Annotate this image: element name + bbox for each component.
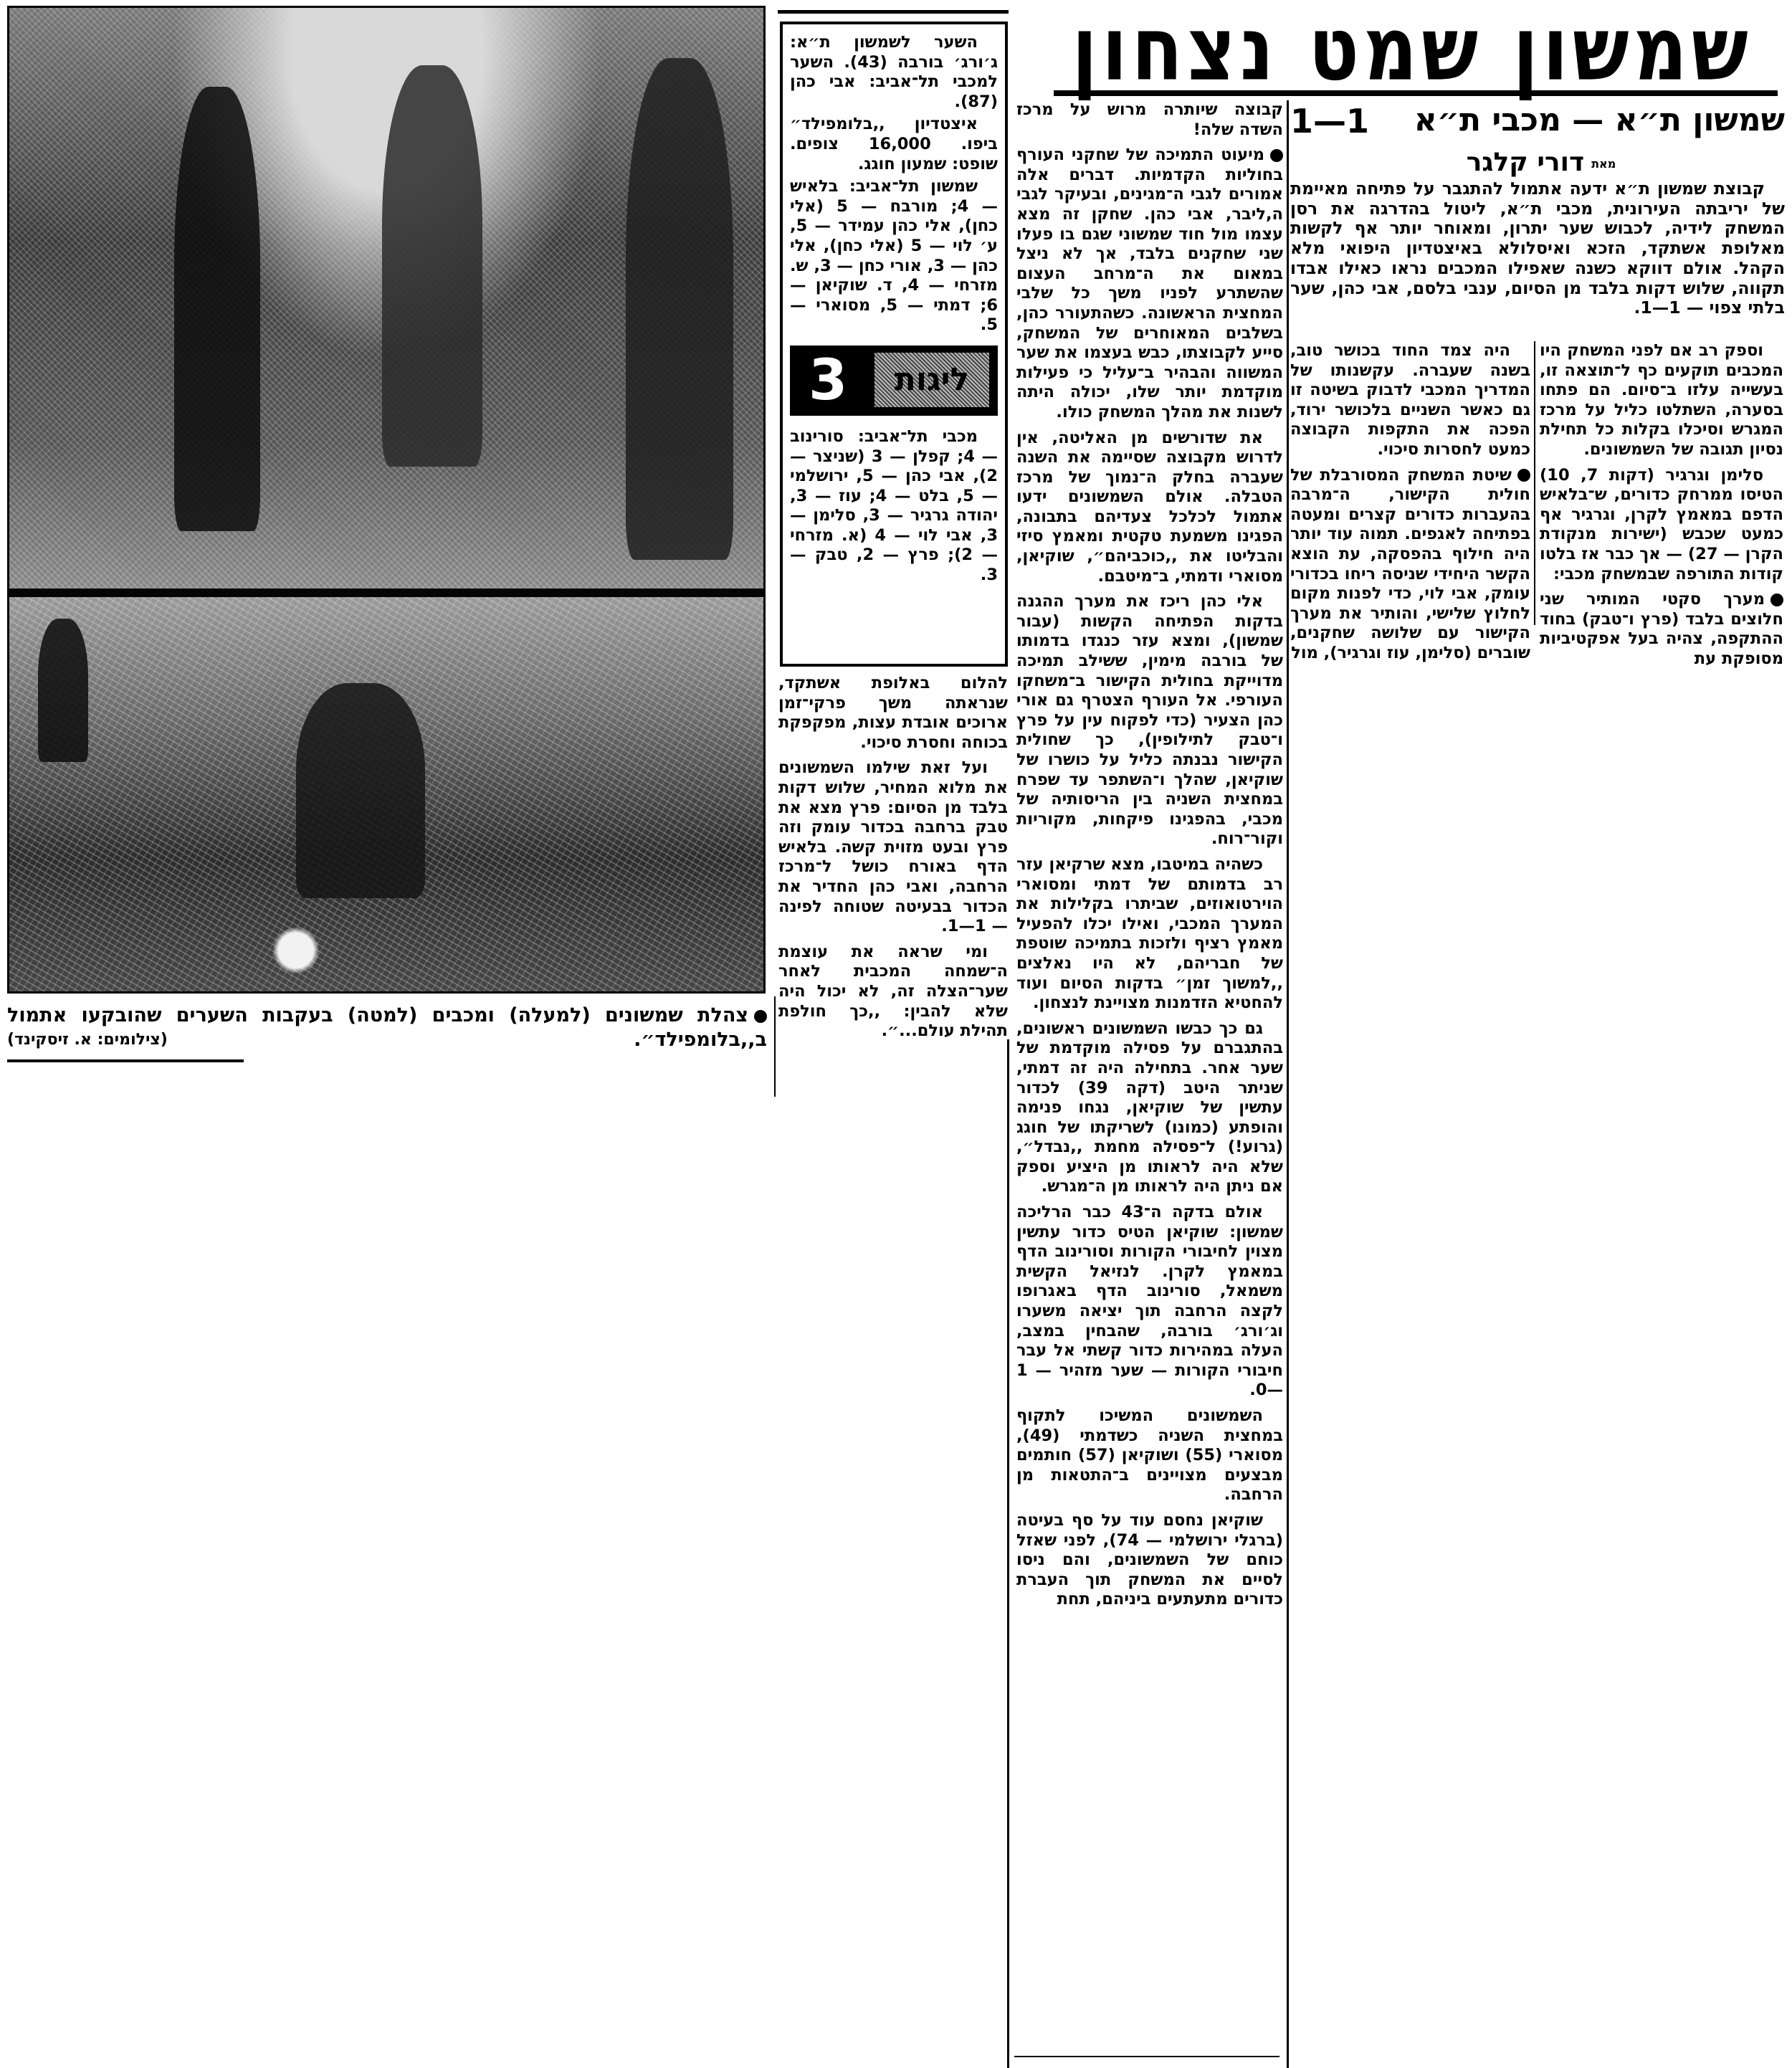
lineup-top-rule — [778, 10, 1009, 14]
article-column-right-2: היה צמד החוד בכושר טוב, בשנה שעברה. עקשנ… — [1290, 341, 1530, 670]
paragraph: וספק רב אם לפני המשחק היו המכבים תוקעים … — [1540, 341, 1783, 460]
lead-paragraph: קבוצת שמשון ת״א ידעה אתמול להתגבר על פתי… — [1290, 179, 1785, 318]
lineup-text: השער לשמשון ת״א: ג׳ורג׳ בורבה (43). השער… — [790, 33, 998, 335]
photo-divider — [9, 589, 763, 597]
paragraph: שוקיאן נחסם עוד על סף בעיטה (ברגלי ירושל… — [1016, 1511, 1283, 1610]
paragraph: אולם בדקה ה־43 כבר הרליכה שמשון: שוקיאן … — [1016, 1203, 1283, 1401]
bullet-icon — [754, 1010, 767, 1023]
paragraph: כשהיה במיטבו, מצא שרקיאן עזר רב בדמותם ש… — [1016, 855, 1283, 1014]
maccabi-lineup-wrap: מכבי תל־אביב: סורינוב — 4; קפלן — 3 (שני… — [790, 427, 998, 586]
article-column-right-1: וספק רב אם לפני המשחק היו המכבים תוקעים … — [1540, 341, 1783, 675]
bullet-paragraph: מיעוט התמיכה של שחקני העורף בחוליות הקדמ… — [1016, 146, 1283, 422]
column-rule — [774, 996, 776, 1097]
paragraph: סלימן וגרגיר (דקות 7, 10) הטיסו ממרחק כד… — [1540, 466, 1783, 585]
headline-rule — [1054, 90, 1778, 96]
article-column-left: להלום באלופת אשתקד, שנראתה משך פרקי־זמן … — [778, 674, 1008, 1047]
league-logo: 3 ליגות — [790, 346, 998, 416]
league-logo-word: ליגות — [874, 353, 989, 407]
venue-paragraph: איצטדיון ,,בלומפילד״ ביפו. 16,000 צופים.… — [790, 115, 998, 174]
headline: שמשון שמט נצחון — [1043, 1, 1781, 96]
caption-rule — [7, 1059, 244, 1062]
column-rule — [1007, 1039, 1009, 2068]
paragraph: להלום באלופת אשתקד, שנראתה משך פרקי־זמן … — [778, 674, 1008, 753]
column-bottom-rule — [1014, 2056, 1279, 2057]
byline-prefix: מאת — [1591, 157, 1616, 171]
paragraph: גם כך כבשו השמשונים ראשונים, בהתגברם על … — [1016, 1019, 1283, 1197]
paragraph: את שדורשים מן האליטה, אין לדרוש מקבוצה ש… — [1016, 429, 1283, 587]
shimshon-lineup: שמשון תל־אביב: בלאיש — 4; מורבח — 5 (אלי… — [790, 177, 998, 335]
byline: מאתדורי קלגר — [1426, 148, 1656, 177]
photo-caption: צהלת שמשונים (למעלה) ומכבים (למטה) בעקבו… — [7, 1004, 767, 1052]
lineup-box: השער לשמשון ת״א: ג׳ורג׳ בורבה (43). השער… — [780, 22, 1008, 667]
bullet-paragraph: שיטת המשחק המסורבלת של חולית הקישור, ה־מ… — [1290, 466, 1530, 664]
match-score: 1—1 — [1290, 102, 1369, 140]
photo-credit: (צילומים: א. זיסקינד) — [7, 1028, 168, 1052]
paragraph: השמשונים המשיכו לתקוף במחצית השניה כשדמת… — [1016, 1406, 1283, 1505]
subheadline-teams: שמשון ת״א — מכבי ת״א — [1305, 100, 1785, 140]
bullet-icon — [1770, 594, 1783, 606]
paragraph: אלי כהן ריכז את מערך ההגנה בדקות הפתיחה … — [1016, 592, 1283, 849]
bullet-icon — [1270, 149, 1283, 162]
bullet-paragraph: מערך סקטי המותיר שני חלוצים בלבד (פרץ ו־… — [1540, 590, 1783, 669]
paragraph: קבוצה שיותרה מרוש על מרכז השדה שלה! — [1016, 100, 1283, 140]
column-rule — [1287, 100, 1289, 2068]
goals-paragraph: השער לשמשון ת״א: ג׳ורג׳ בורבה (43). השער… — [790, 33, 998, 112]
column-rule — [1534, 341, 1535, 625]
paragraph: ועל זאת שילמו השמשונים את מלוא המחיר, של… — [778, 758, 1008, 936]
paragraph: ומי שראה את עוצמת ה־שמחה המכבית לאחר שער… — [778, 943, 1008, 1042]
photo-bottom-goalmouth — [9, 597, 763, 994]
league-logo-number: 3 — [809, 350, 847, 411]
bullet-icon — [1517, 469, 1530, 482]
article-lead: קבוצת שמשון ת״א ידעה אתמול להתגבר על פתי… — [1290, 179, 1785, 324]
maccabi-lineup: מכבי תל־אביב: סורינוב — 4; קפלן — 3 (שני… — [790, 427, 998, 586]
byline-author: דורי קלגר — [1467, 148, 1584, 177]
paragraph: היה צמד החוד בכושר טוב, בשנה שעברה. עקשנ… — [1290, 341, 1530, 460]
photo-top-celebration — [9, 8, 763, 589]
article-column-middle: קבוצה שיותרה מרוש על מרכז השדה שלה! מיעו… — [1016, 100, 1283, 1616]
match-photo — [7, 6, 766, 994]
